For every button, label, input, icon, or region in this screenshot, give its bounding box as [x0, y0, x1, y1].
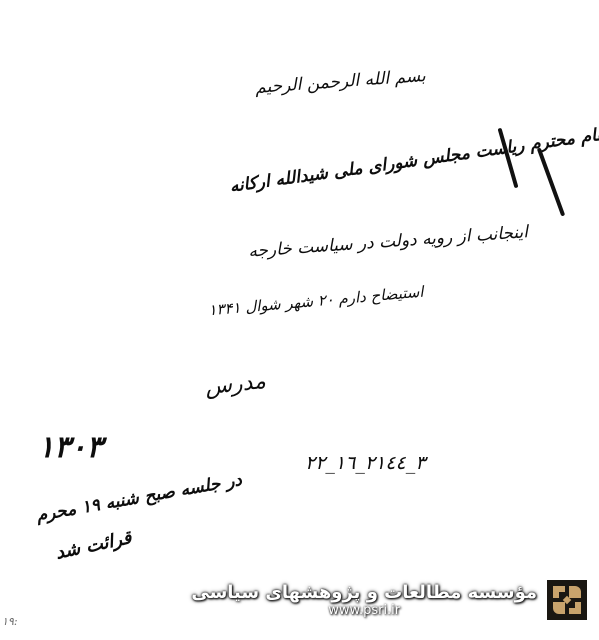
reference-number: ۲۲_۱٦_۲۱٤٤_۳ — [305, 452, 425, 474]
watermark: مؤسسه مطالعات و پژوهشهای سیاسی www.psri.… — [191, 580, 587, 620]
signature: مدرس — [204, 369, 267, 400]
margin-stroke-mark — [537, 147, 565, 216]
corner-mark: ۱۹: — [2, 615, 18, 628]
invocation-line: بسم الله الرحمن الرحیم — [255, 66, 427, 98]
margin-note-read: قرائت شد — [54, 527, 134, 564]
body-line-1: اینجانب از رویه دولت در سیاست خارجه — [248, 222, 529, 261]
watermark-title: مؤسسه مطالعات و پژوهشهای سیاسی — [191, 582, 537, 603]
body-line-2: استیضاح دارم ۲۰ شهر شوال ۱۳۴۱ — [208, 283, 425, 320]
margin-note-session: در جلسه صبح شنبه ۱۹ محرم — [35, 470, 244, 526]
institute-logo-icon — [547, 580, 587, 620]
margin-year: ۱۳۰۳ — [38, 430, 102, 465]
watermark-url: www.psri.ir — [191, 603, 537, 618]
watermark-text: مؤسسه مطالعات و پژوهشهای سیاسی www.psri.… — [191, 582, 537, 618]
